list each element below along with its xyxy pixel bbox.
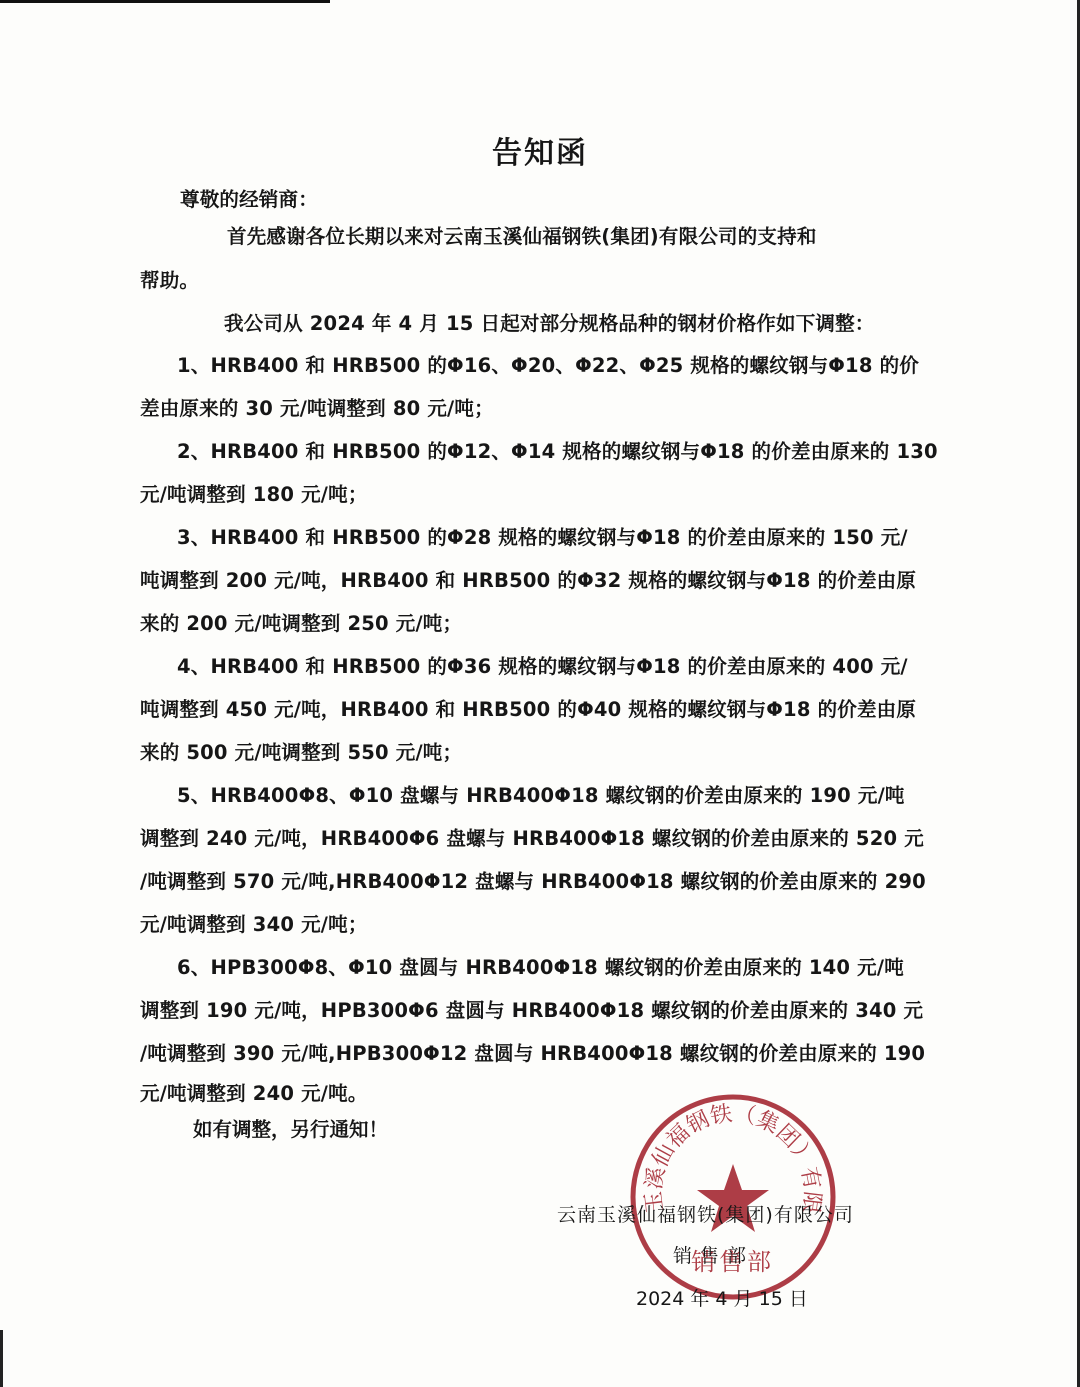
signature-department: 销售部 [673,1241,754,1268]
item-3-line-3: 来的 200 元/吨调整到 250 元/吨； [140,608,462,636]
item-5-line-2: 调整到 240 元/吨，HRB400Φ6 盘螺与 HRB400Φ18 螺纹钢的价… [140,823,924,851]
item-5-line-4: 元/吨调整到 340 元/吨； [140,909,368,937]
scan-edge-top [0,0,330,3]
item-6-line-1: 6、HPB300Φ8、Φ10 盘圆与 HRB400Φ18 螺纹钢的价差由原来的 … [177,952,904,980]
item-6-line-2: 调整到 190 元/吨，HPB300Φ6 盘圆与 HRB400Φ18 螺纹钢的价… [140,995,923,1023]
item-2-line-2: 元/吨调整到 180 元/吨； [140,479,368,507]
item-4-line-3: 来的 500 元/吨调整到 550 元/吨； [140,737,462,765]
announcement: 我公司从 2024 年 4 月 15 日起对部分规格品种的钢材价格作如下调整： [224,308,875,336]
item-3-line-2: 吨调整到 200 元/吨，HRB400 和 HRB500 的Φ32 规格的螺纹钢… [140,565,916,593]
closing-remark: 如有调整，另行通知！ [193,1114,388,1142]
intro-line-1: 首先感谢各位长期以来对云南玉溪仙福钢铁(集团)有限公司的支持和 [227,221,817,249]
signature-date: 2024 年 4 月 15 日 [636,1284,808,1311]
item-1-line-1: 1、HRB400 和 HRB500 的Φ16、Φ20、Φ22、Φ25 规格的螺纹… [177,350,919,378]
item-4-line-2: 吨调整到 450 元/吨，HRB400 和 HRB500 的Φ40 规格的螺纹钢… [140,694,916,722]
scan-edge-left [0,1330,3,1387]
item-6-line-4: 元/吨调整到 240 元/吨。 [140,1078,368,1106]
seal-outer-text: 云南玉溪仙福钢铁（集团）有限公司 [628,1092,825,1215]
item-1-line-2: 差由原来的 30 元/吨调整到 80 元/吨； [140,393,494,421]
item-5-line-3: /吨调整到 570 元/吨,HRB400Φ12 盘螺与 HRB400Φ18 螺纹… [140,866,926,894]
item-2-line-1: 2、HRB400 和 HRB500 的Φ12、Φ14 规格的螺纹钢与Φ18 的价… [177,436,938,464]
item-6-line-3: /吨调整到 390 元/吨,HPB300Φ12 盘圆与 HRB400Φ18 螺纹… [140,1038,925,1066]
item-4-line-1: 4、HRB400 和 HRB500 的Φ36 规格的螺纹钢与Φ18 的价差由原来… [177,651,908,679]
salutation: 尊敬的经销商： [180,184,318,212]
item-3-line-1: 3、HRB400 和 HRB500 的Φ28 规格的螺纹钢与Φ18 的价差由原来… [177,522,908,550]
official-seal: 云南玉溪仙福钢铁（集团）有限公司 销售部 [628,1092,838,1302]
signature-company: 云南玉溪仙福钢铁(集团)有限公司 [557,1200,854,1227]
item-5-line-1: 5、HRB400Φ8、Φ10 盘螺与 HRB400Φ18 螺纹钢的价差由原来的 … [177,780,905,808]
document-title: 告知函 [0,128,1080,172]
intro-line-2: 帮助。 [140,265,199,293]
